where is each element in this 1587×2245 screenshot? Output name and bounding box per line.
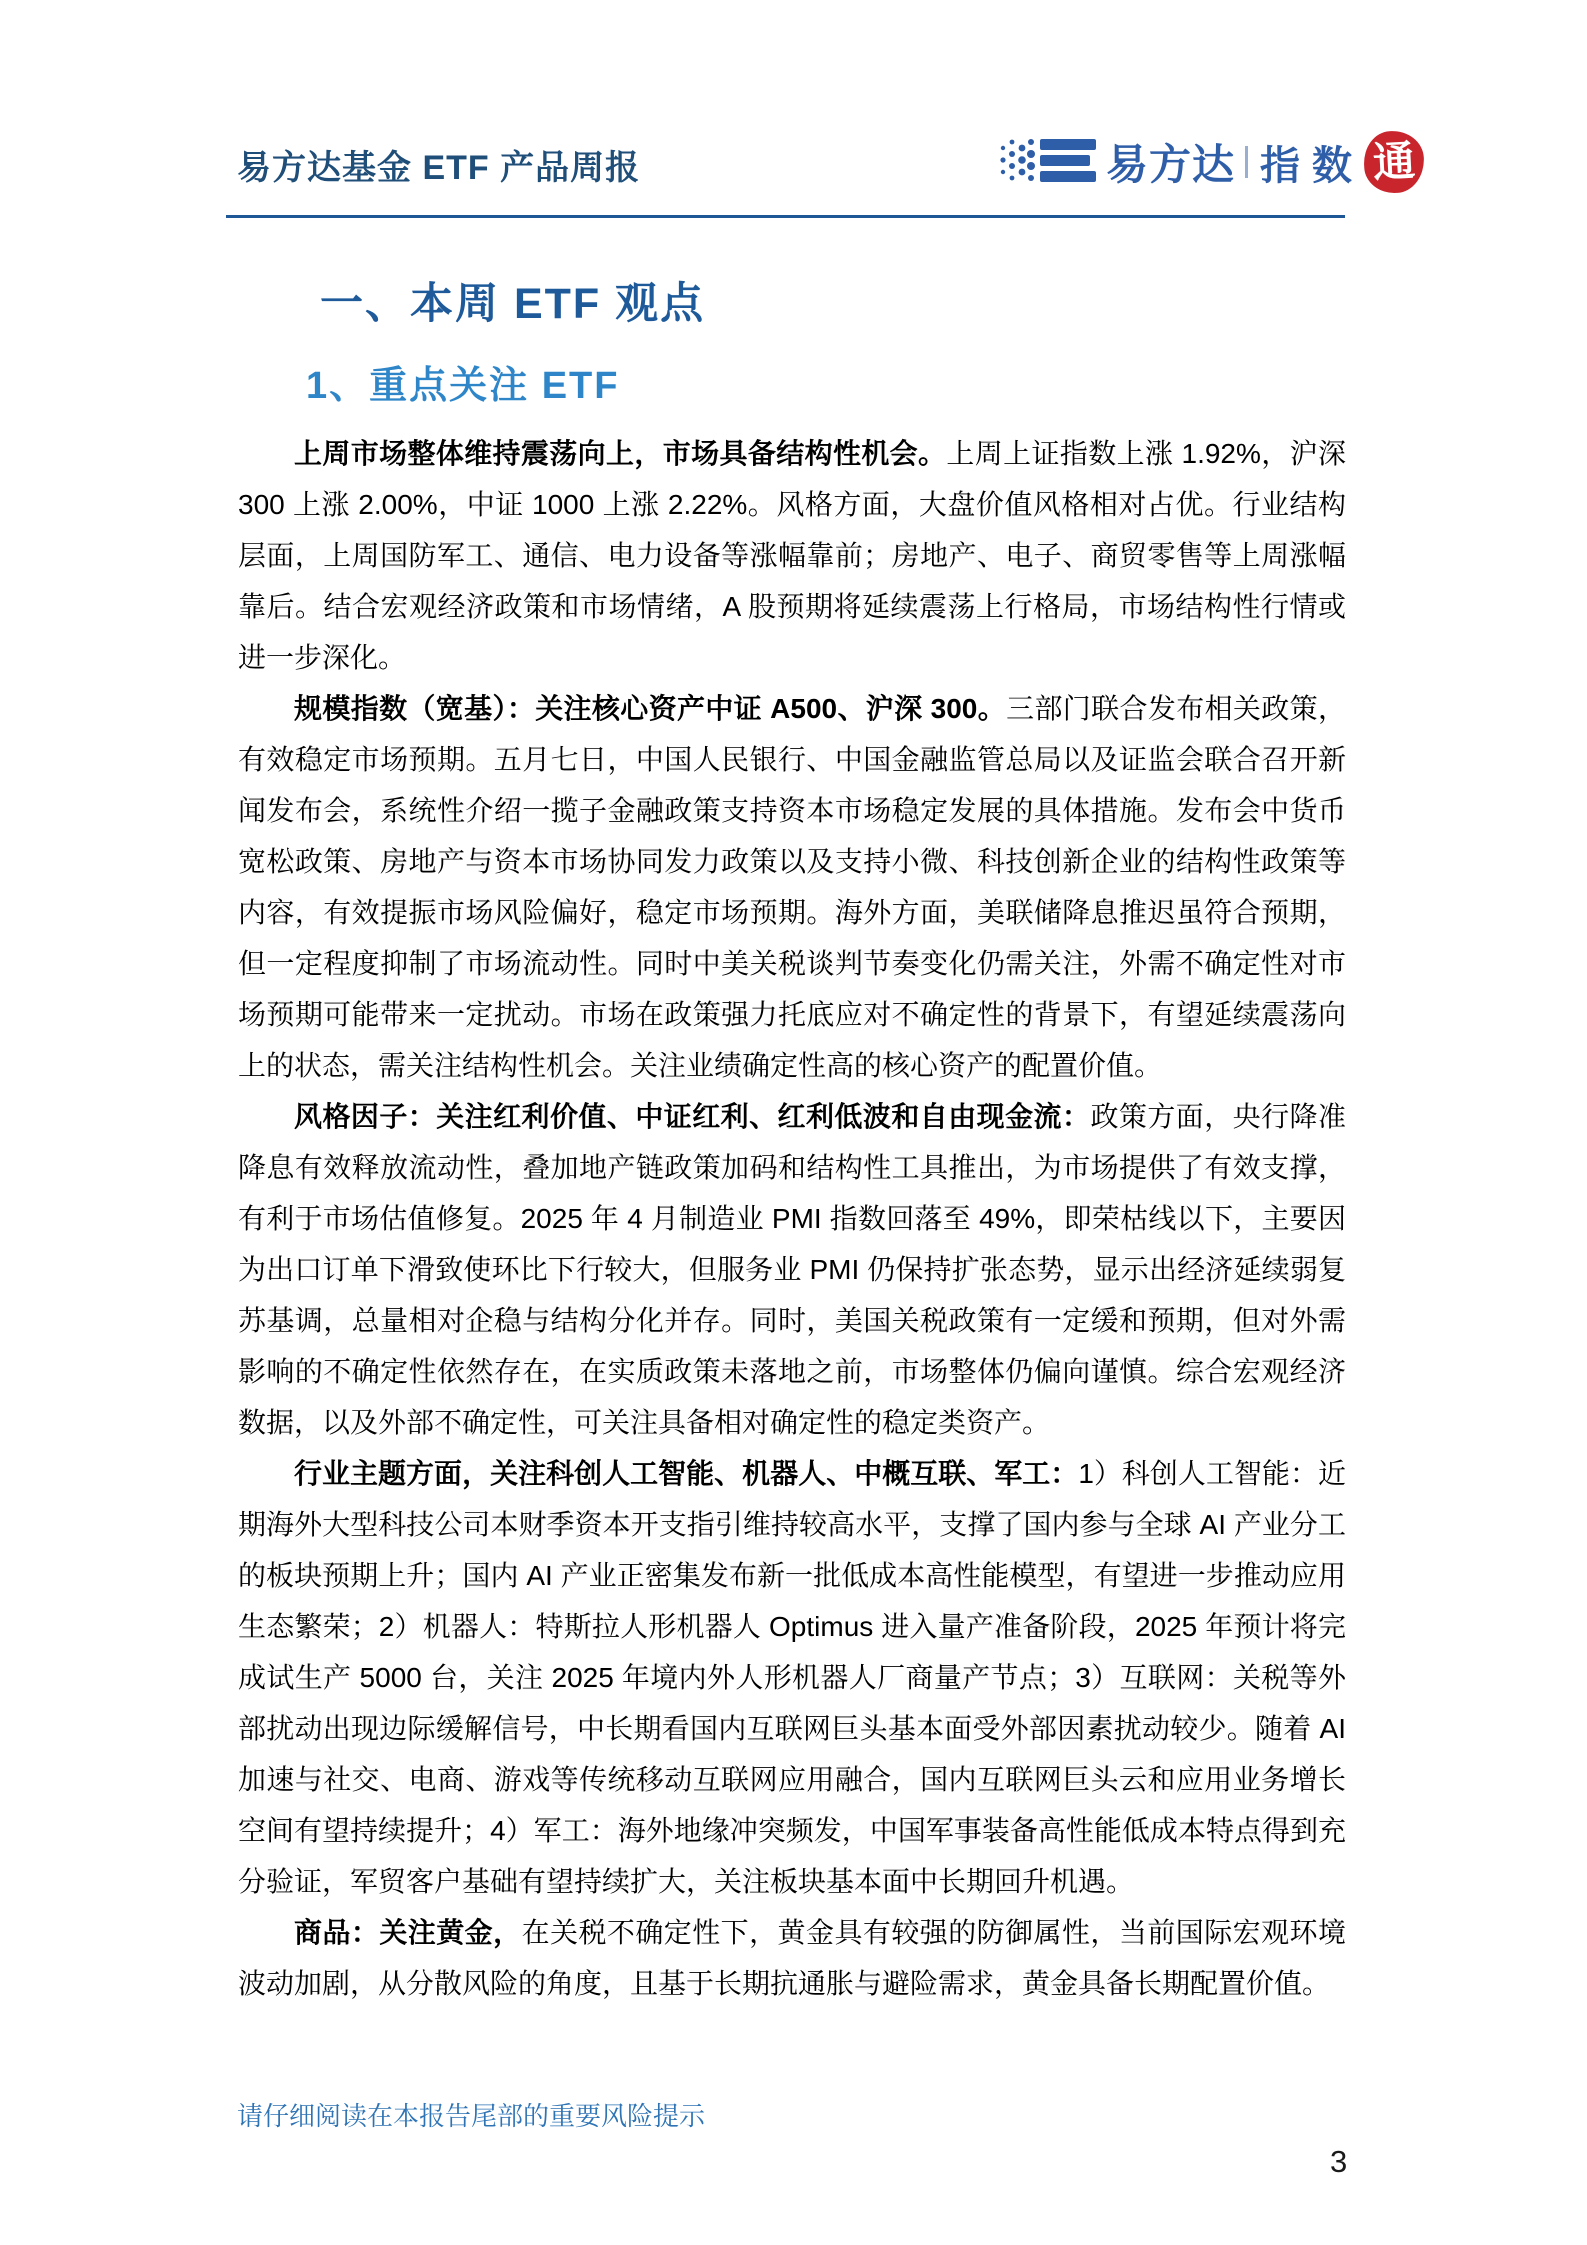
header-divider	[226, 215, 1345, 218]
report-body: 上周市场整体维持震荡向上，市场具备结构性机会。上周上证指数上涨 1.92%，沪深…	[238, 428, 1346, 2009]
efund-e-icon	[998, 134, 1102, 191]
paragraph-lead: 风格因子：关注红利价值、中证红利、红利低波和自由现金流：	[294, 1101, 1090, 1132]
section-heading: 一、本周 ETF 观点	[320, 270, 705, 331]
paragraph-lead: 上周市场整体维持震荡向上，市场具备结构性机会。	[294, 438, 946, 469]
subsection-heading: 1、重点关注 ETF	[306, 354, 619, 409]
paragraph-lead: 商品：关注黄金，	[294, 1917, 522, 1948]
paragraph-industry-theme: 行业主题方面，关注科创人工智能、机器人、中概互联、军工：1）科创人工智能：近期海…	[238, 1448, 1346, 1907]
paragraph-broad-index: 规模指数（宽基）：关注核心资产中证 A500、沪深 300。三部门联合发布相关政…	[238, 683, 1346, 1091]
paragraph-lead: 规模指数（宽基）：关注核心资产中证 A500、沪深 300。	[294, 693, 1006, 724]
seal-tong-icon: 通	[1362, 129, 1425, 194]
paragraph-text: 上周上证指数上涨 1.92%，沪深 300 上涨 2.00%，中证 1000 上…	[238, 438, 1346, 673]
paragraph-market-review: 上周市场整体维持震荡向上，市场具备结构性机会。上周上证指数上涨 1.92%，沪深…	[238, 428, 1346, 683]
efund-index-logo: 易方达 指数 通	[998, 124, 1424, 200]
report-title: 易方达基金 ETF 产品周报	[237, 140, 640, 189]
paragraph-text: 政策方面，央行降准降息有效释放流动性，叠加地产链政策加码和结构性工具推出，为市场…	[238, 1101, 1346, 1438]
logo-brand-text: 易方达	[1106, 132, 1235, 192]
logo-suffix-text: 指数	[1260, 134, 1364, 191]
paragraph-commodity: 商品：关注黄金，在关税不确定性下，黄金具有较强的防御属性，当前国际宏观环境波动加…	[238, 1907, 1346, 2009]
paragraph-text: 三部门联合发布相关政策，有效稳定市场预期。五月七日，中国人民银行、中国金融监管总…	[238, 693, 1346, 1081]
risk-disclaimer: 请仔细阅读在本报告尾部的重要风险提示	[237, 2096, 705, 2133]
paragraph-style-factor: 风格因子：关注红利价值、中证红利、红利低波和自由现金流：政策方面，央行降准降息有…	[238, 1091, 1346, 1448]
logo-separator	[1245, 146, 1248, 178]
page-number: 3	[1330, 2144, 1347, 2180]
paragraph-lead: 行业主题方面，关注科创人工智能、机器人、中概互联、军工：	[294, 1458, 1078, 1489]
paragraph-text: 1）科创人工智能：近期海外大型科技公司本财季资本开支指引维持较高水平，支撑了国内…	[238, 1458, 1346, 1897]
